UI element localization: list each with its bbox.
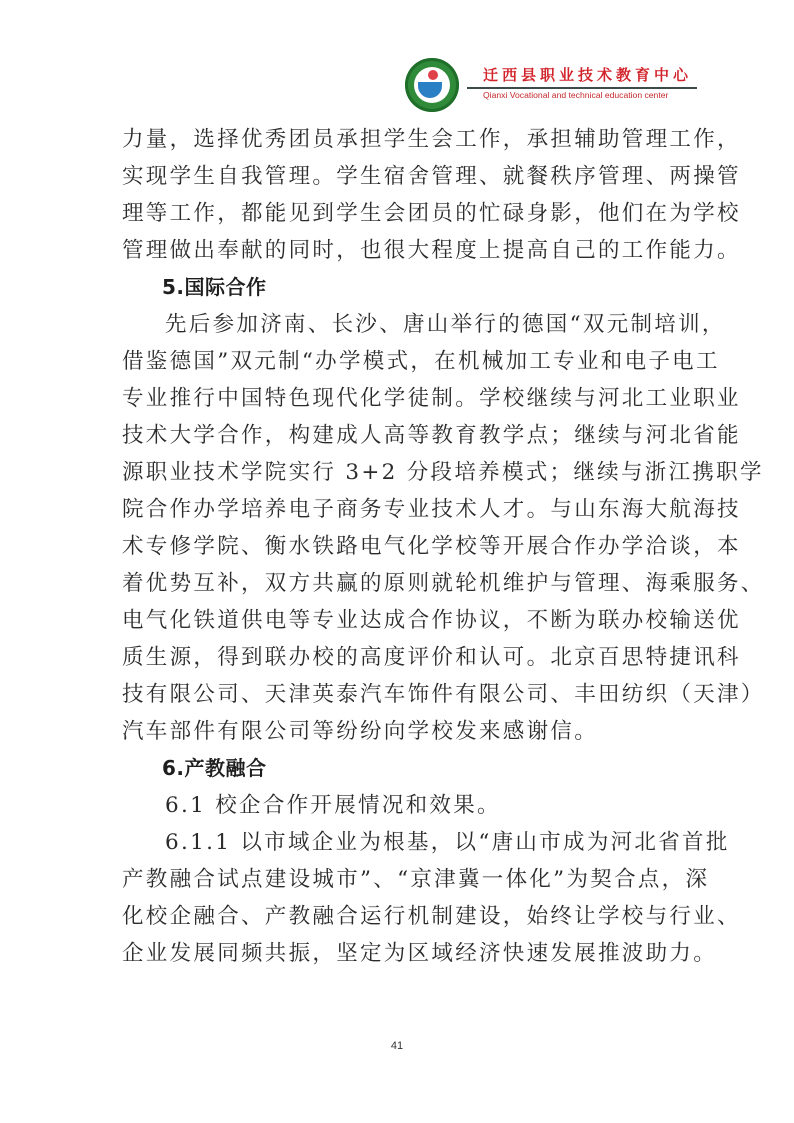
text-line: 汽车部件有限公司等纷纷向学校发来感谢信。	[122, 713, 682, 750]
page-header: 迁西县职业技术教育中心 Qianxi Vocational and techni…	[403, 57, 703, 115]
emblem-red-dot	[428, 70, 438, 80]
text-line: 力量，选择优秀团员承担学生会工作，承担辅助管理工作，	[122, 121, 682, 158]
text-line: 着优势互补，双方共赢的原则就轮机维护与管理、海乘服务、	[122, 565, 682, 602]
continued-paragraph: 力量，选择优秀团员承担学生会工作，承担辅助管理工作， 实现学生自我管理。学生宿舍…	[122, 121, 682, 269]
page-number: 41	[0, 1040, 794, 1052]
text-line: 质生源，得到联办校的高度评价和认可。北京百思特捷讯科	[122, 639, 682, 676]
text-line: 企业发展同频共振，坚定为区域经济快速发展推波助力。	[122, 935, 682, 972]
text-line: 6.1.1 以市域企业为根基，以“唐山市成为河北省首批	[122, 824, 682, 861]
subheading-line: 6.1 校企合作开展情况和效果。	[122, 787, 682, 824]
section6-paragraph: 6.1.1 以市域企业为根基，以“唐山市成为河北省首批 产教融合试点建设城市”、…	[122, 824, 682, 972]
text-line: 专业推行中国特色现代化学徒制。学校继续与河北工业职业	[122, 380, 682, 417]
text-line: 化校企融合、产教融合运行机制建设，始终让学校与行业、	[122, 898, 682, 935]
section-heading-international-cooperation: 5.国际合作	[122, 269, 682, 306]
text-line: 管理做出奉献的同时，也很大程度上提高自己的工作能力。	[122, 232, 682, 269]
text-line: 产教融合试点建设城市”、“京津冀一体化”为契合点，深	[122, 861, 682, 898]
text-line: 先后参加济南、长沙、唐山举行的德国“双元制培训，	[122, 306, 682, 343]
institution-name-cn: 迁西县职业技术教育中心	[483, 64, 692, 85]
text-line: 实现学生自我管理。学生宿舍管理、就餐秩序管理、两操管	[122, 158, 682, 195]
text-line: 院合作办学培养电子商务专业技术人才。与山东海大航海技	[122, 491, 682, 528]
section6-subheading: 6.1 校企合作开展情况和效果。	[122, 787, 682, 824]
text-line: 源职业技术学院实行 3+2 分段培养模式；继续与浙江携职学	[122, 454, 682, 491]
text-line: 技有限公司、天津英泰汽车饰件有限公司、丰田纺织（天津）	[122, 676, 682, 713]
text-line: 电气化铁道供电等专业达成合作协议，不断为联办校输送优	[122, 602, 682, 639]
text-line: 借鉴德国”双元制“办学模式，在机械加工专业和电子电工	[122, 343, 682, 380]
text-line: 技术大学合作，构建成人高等教育教学点；继续与河北省能	[122, 417, 682, 454]
institution-name-en: Qianxi Vocational and technical educatio…	[483, 90, 668, 100]
school-emblem-icon	[405, 58, 459, 112]
header-divider	[467, 87, 697, 89]
document-body: 力量，选择优秀团员承担学生会工作，承担辅助管理工作， 实现学生自我管理。学生宿舍…	[122, 121, 682, 972]
section-heading-industry-education-integration: 6.产教融合	[122, 750, 682, 787]
section5-paragraph: 先后参加济南、长沙、唐山举行的德国“双元制培训， 借鉴德国”双元制“办学模式，在…	[122, 306, 682, 750]
text-line: 术专修学院、衡水铁路电气化学校等开展合作办学洽谈，本	[122, 528, 682, 565]
text-line: 理等工作，都能见到学生会团员的忙碌身影，他们在为学校	[122, 195, 682, 232]
